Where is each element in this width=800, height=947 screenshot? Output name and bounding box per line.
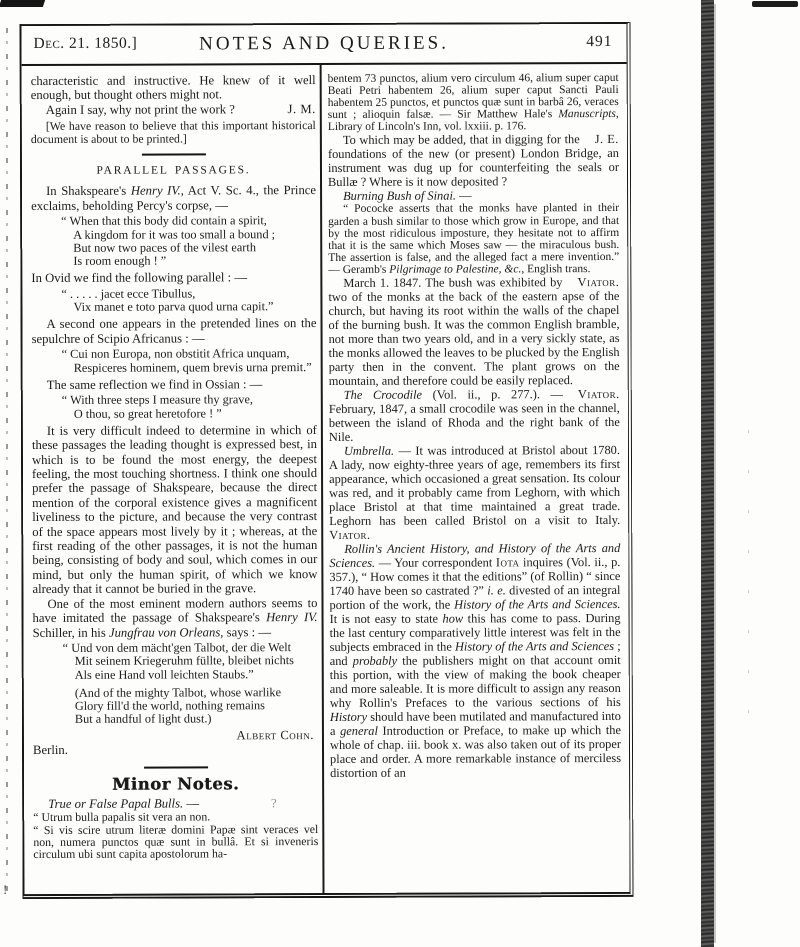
column-divider xyxy=(320,65,325,895)
verse-line: “ When that this body did contain a spir… xyxy=(61,214,316,228)
verse-quote: “ Cui non Europa, non obstitit Africa un… xyxy=(62,347,317,374)
verse-line: Mit seinem Kriegeruhm füllte, bleibet ni… xyxy=(63,654,318,668)
paragraph: A second one appears in the pretended li… xyxy=(31,316,316,346)
paragraph: In Ovid we find the following parallel :… xyxy=(31,270,316,285)
paragraph: One of the most eminent modern authors s… xyxy=(32,596,317,640)
paragraph: Viator.March 1. 1847. The bush was exhib… xyxy=(328,275,619,388)
paragraph: “ Pococke asserts that the monks have pl… xyxy=(328,202,619,276)
paragraph: Umbrella. — It was introduced at Bristol… xyxy=(329,443,620,542)
scan-smudge-top-right xyxy=(752,1,798,7)
scanned-page: ! Dec. 21. 1850.] NOTES AND QUERIES. 491… xyxy=(0,0,800,947)
verse-line: Respiceres hominem, quem brevis urna pre… xyxy=(62,361,317,375)
contributor-signature: Viator. xyxy=(562,275,619,289)
verse-quote: “ . . . . . jacet ecce Tibullus,Vix mane… xyxy=(61,287,316,314)
paragraph: In Shakspeare's Henry IV., Act V. Sc. 4.… xyxy=(31,183,316,213)
verse-line: Is room enough ! ” xyxy=(61,254,316,268)
paragraph: bentem 73 punctos, alium vero circulum 4… xyxy=(328,72,619,133)
header-date: Dec. 21. 1850.] xyxy=(34,35,138,53)
verse-line: But now two paces of the vilest earth xyxy=(61,241,316,255)
paragraph: The same reflection we find in Ossian : … xyxy=(32,377,317,392)
verse-quote: “ When that this body did contain a spir… xyxy=(61,214,316,268)
contributor-signature: J. M. xyxy=(273,102,316,117)
scan-smudge-top-left xyxy=(0,0,45,7)
verse-line: “ With three steps I measure thy grave, xyxy=(62,393,317,407)
verse-line: O thou, so great heretofore ! ” xyxy=(62,407,317,421)
book-page-edge-texture xyxy=(701,0,714,947)
margin-mark: ! xyxy=(3,882,7,898)
page-frame: Dec. 21. 1850.] NOTES AND QUERIES. 491 c… xyxy=(19,22,633,899)
paragraph: “ Si vis scire utrum literæ domini Papæ … xyxy=(33,823,318,861)
section-heading-gothic: Minor Notes. xyxy=(33,777,318,792)
right-column: bentem 73 punctos, alium vero circulum 4… xyxy=(328,72,621,780)
paragraph: J. E.To which may be added, that in digg… xyxy=(328,132,619,189)
section-rule xyxy=(144,766,208,768)
paragraph: characteristic and instructive. He knew … xyxy=(31,73,316,103)
section-heading: PARALLEL PASSAGES. xyxy=(31,163,316,178)
paragraph: [We have reason to believe that this imp… xyxy=(31,119,316,145)
section-rule xyxy=(141,153,205,155)
paragraph: Berlin. xyxy=(33,742,318,757)
contributor-signature: Viator. xyxy=(563,387,620,401)
verse-line: Als eine Hand voll leichten Staubs.” xyxy=(63,668,318,682)
contributor-signature: J. E. xyxy=(580,132,619,146)
verse-quote: “ With three steps I measure thy grave,O… xyxy=(62,393,317,420)
paragraph: Burning Bush of Sinai. — xyxy=(328,188,619,203)
page-header: Dec. 21. 1850.] NOTES AND QUERIES. 491 xyxy=(21,24,626,66)
paragraph: J. M.Again I say, why not print the work… xyxy=(31,102,316,117)
verse-line: But a handful of light dust.) xyxy=(63,712,318,726)
header-title: NOTES AND QUERIES. xyxy=(199,33,449,56)
verse-quote: (And of the mighty Talbot, whose warlike… xyxy=(63,686,318,727)
book-page-edge-dots xyxy=(748,430,749,730)
left-column: characteristic and instructive. He knew … xyxy=(31,73,319,861)
paragraph: Rollin's Ancient History, and History of… xyxy=(329,541,621,780)
paragraph: It is very difficult indeed to determine… xyxy=(32,423,318,597)
paragraph: Viator.The Crocodile (Vol. ii., p. 277.)… xyxy=(329,387,620,444)
page-body: characteristic and instructive. He knew … xyxy=(22,64,630,896)
header-page-number: 491 xyxy=(586,33,612,51)
scan-left-edge-marks xyxy=(6,28,8,896)
signature-line: Albert Cohn. xyxy=(33,728,314,743)
verse-quote: “ Und von dem mächt'gen Talbot, der die … xyxy=(63,641,318,682)
verse-line: Vix manet e toto parva quod urna capit.” xyxy=(61,300,316,314)
